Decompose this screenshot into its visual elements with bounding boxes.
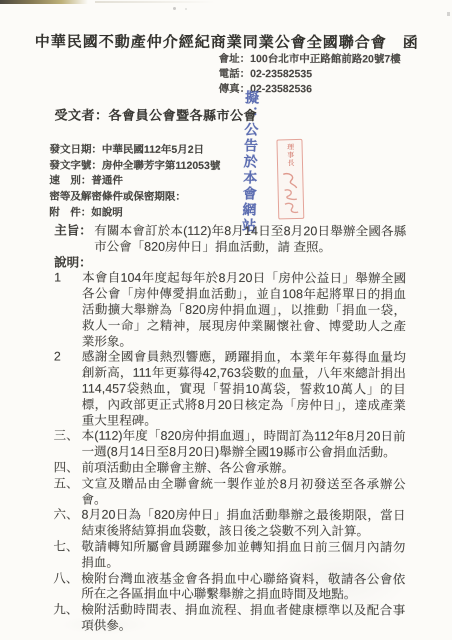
- list-item: 六、 8月20日為「820房仲日」捐血活動舉辦之最後期限，當日結束後將結算捐血袋…: [53, 508, 405, 541]
- letter-title: 中華民國不動產仲介經紀商業同業公會全國聯合會 函: [1, 30, 452, 52]
- list-item-text: 本(112)年度「820房仲捐血週」，時間訂為112年8月20日前一週(8月14…: [82, 429, 406, 461]
- list-item: 八、 檢附台灣血液基金會各捐血中心聯絡資料，敬請各公會依所在之各區捐血中心聯繫舉…: [53, 571, 405, 604]
- meta-attachment: 附 件：如說明: [49, 205, 220, 221]
- list-item-number: 四、: [54, 461, 82, 477]
- meta-reference-number: 發文字號：房仲全聯芳字第112053號: [49, 158, 220, 174]
- contact-address-line: 會址：100台北市中正路館前路20號7樓: [219, 52, 401, 68]
- list-item-number: 八、: [53, 571, 81, 587]
- list-item-number: 七、: [53, 539, 81, 555]
- list-item: 四、 前項活動由全聯會主辦、各公會承辦。: [54, 461, 406, 478]
- list-item-text: 8月20日為「820房仲日」捐血活動舉辦之最後期限，當日結束後將結算捐血袋數，該…: [81, 508, 405, 540]
- approval-stamp: 理事長: [276, 139, 304, 220]
- list-item-number: 六、: [53, 508, 81, 524]
- stamp-chairman-label: 理事長: [285, 143, 296, 167]
- subject-section: 主旨： 有關本會訂於本(112)年8月14日至8月20日舉辦全國各縣市公會「82…: [54, 224, 406, 257]
- document-meta-block: 發文日期：中華民國112年5月2日 發文字號：房仲全聯芳字第112053號 速 …: [49, 143, 220, 222]
- meta-priority: 速 別：普通件: [49, 174, 220, 190]
- list-item-number: 2: [54, 350, 82, 366]
- description-label: 說明：: [54, 255, 406, 272]
- list-item-text: 感謝全國會員熱烈響應，踴躍捐血，本業年年募得血量均創新高，111年更募得42,7…: [82, 350, 406, 430]
- stamp-signature-scribble: [279, 170, 302, 217]
- list-item-text: 文宣及贈品由全聯會統一製作並於8月初發送至各承辦公會。: [82, 476, 406, 508]
- list-item: 七、 敬請轉知所屬會員踴躍參加並轉知捐血日前三個月內請勿捐血。: [53, 539, 405, 572]
- letter-body: 主旨： 有關本會訂於本(112)年8月14日至8月20日舉辦全國各縣市公會「82…: [53, 224, 406, 636]
- contact-phone-line: 電話：02-23582535: [219, 67, 401, 83]
- list-item-number: 五、: [54, 476, 82, 492]
- list-item-text: 敬請轉知所屬會員踴躍參加並轉知捐血日前三個月內請勿捐血。: [81, 540, 405, 572]
- recipient-line: 受文者：各會員公會暨各縣市公會: [55, 105, 258, 125]
- list-item-text: 檢附台灣血液基金會各捐血中心聯絡資料，敬請各公會依所在之各區捐血中心聯繫舉辦之捐…: [81, 571, 405, 603]
- subject-label: 主旨：: [54, 224, 94, 240]
- list-item-text: 前項活動由全聯會主辦、各公會承辦。: [82, 461, 406, 478]
- list-item-text: 本會自104年度起每年於8月20日「房仲公益日」舉辦全國各公會「房仲傳愛捐血活動…: [82, 271, 406, 351]
- list-item-number: 三、: [54, 429, 82, 445]
- meta-classification: 密等及解密條件或保密期限：: [49, 190, 220, 206]
- subject-text: 有關本會訂於本(112)年8月14日至8月20日舉辦全國各縣市公會「820房仲日…: [94, 224, 406, 256]
- list-item: 三、 本(112)年度「820房仲捐血週」，時間訂為112年8月20日前一週(8…: [54, 429, 406, 462]
- list-item: 五、 文宣及贈品由全聯會統一製作並於8月初發送至各承辦公會。: [54, 476, 406, 509]
- list-item: 2 感謝全國會員熱烈響應，踴躍捐血，本業年年募得血量均創新高，111年更募得42…: [54, 350, 406, 430]
- list-item-text: 檢附活動時間表、捐血流程、捐血者健康標準以及配合事項供參。: [81, 603, 405, 635]
- meta-issue-date: 發文日期：中華民國112年5月2日: [49, 143, 220, 159]
- list-item-number: 九、: [53, 603, 81, 619]
- list-item: 1 本會自104年度起每年於8月20日「房仲公益日」舉辦全國各公會「房仲傳愛捐血…: [54, 271, 406, 351]
- letter-content: 中華民國不動產仲介經紀商業同業公會全國聯合會 函 會址：100台北市中正路館前路…: [0, 0, 452, 640]
- list-item: 九、 檢附活動時間表、捐血流程、捐血者健康標準以及配合事項供參。: [53, 603, 405, 636]
- scanned-official-letter: 中華民國不動產仲介經紀商業同業公會全國聯合會 函 會址：100台北市中正路館前路…: [0, 0, 452, 640]
- list-item-number: 1: [54, 271, 82, 287]
